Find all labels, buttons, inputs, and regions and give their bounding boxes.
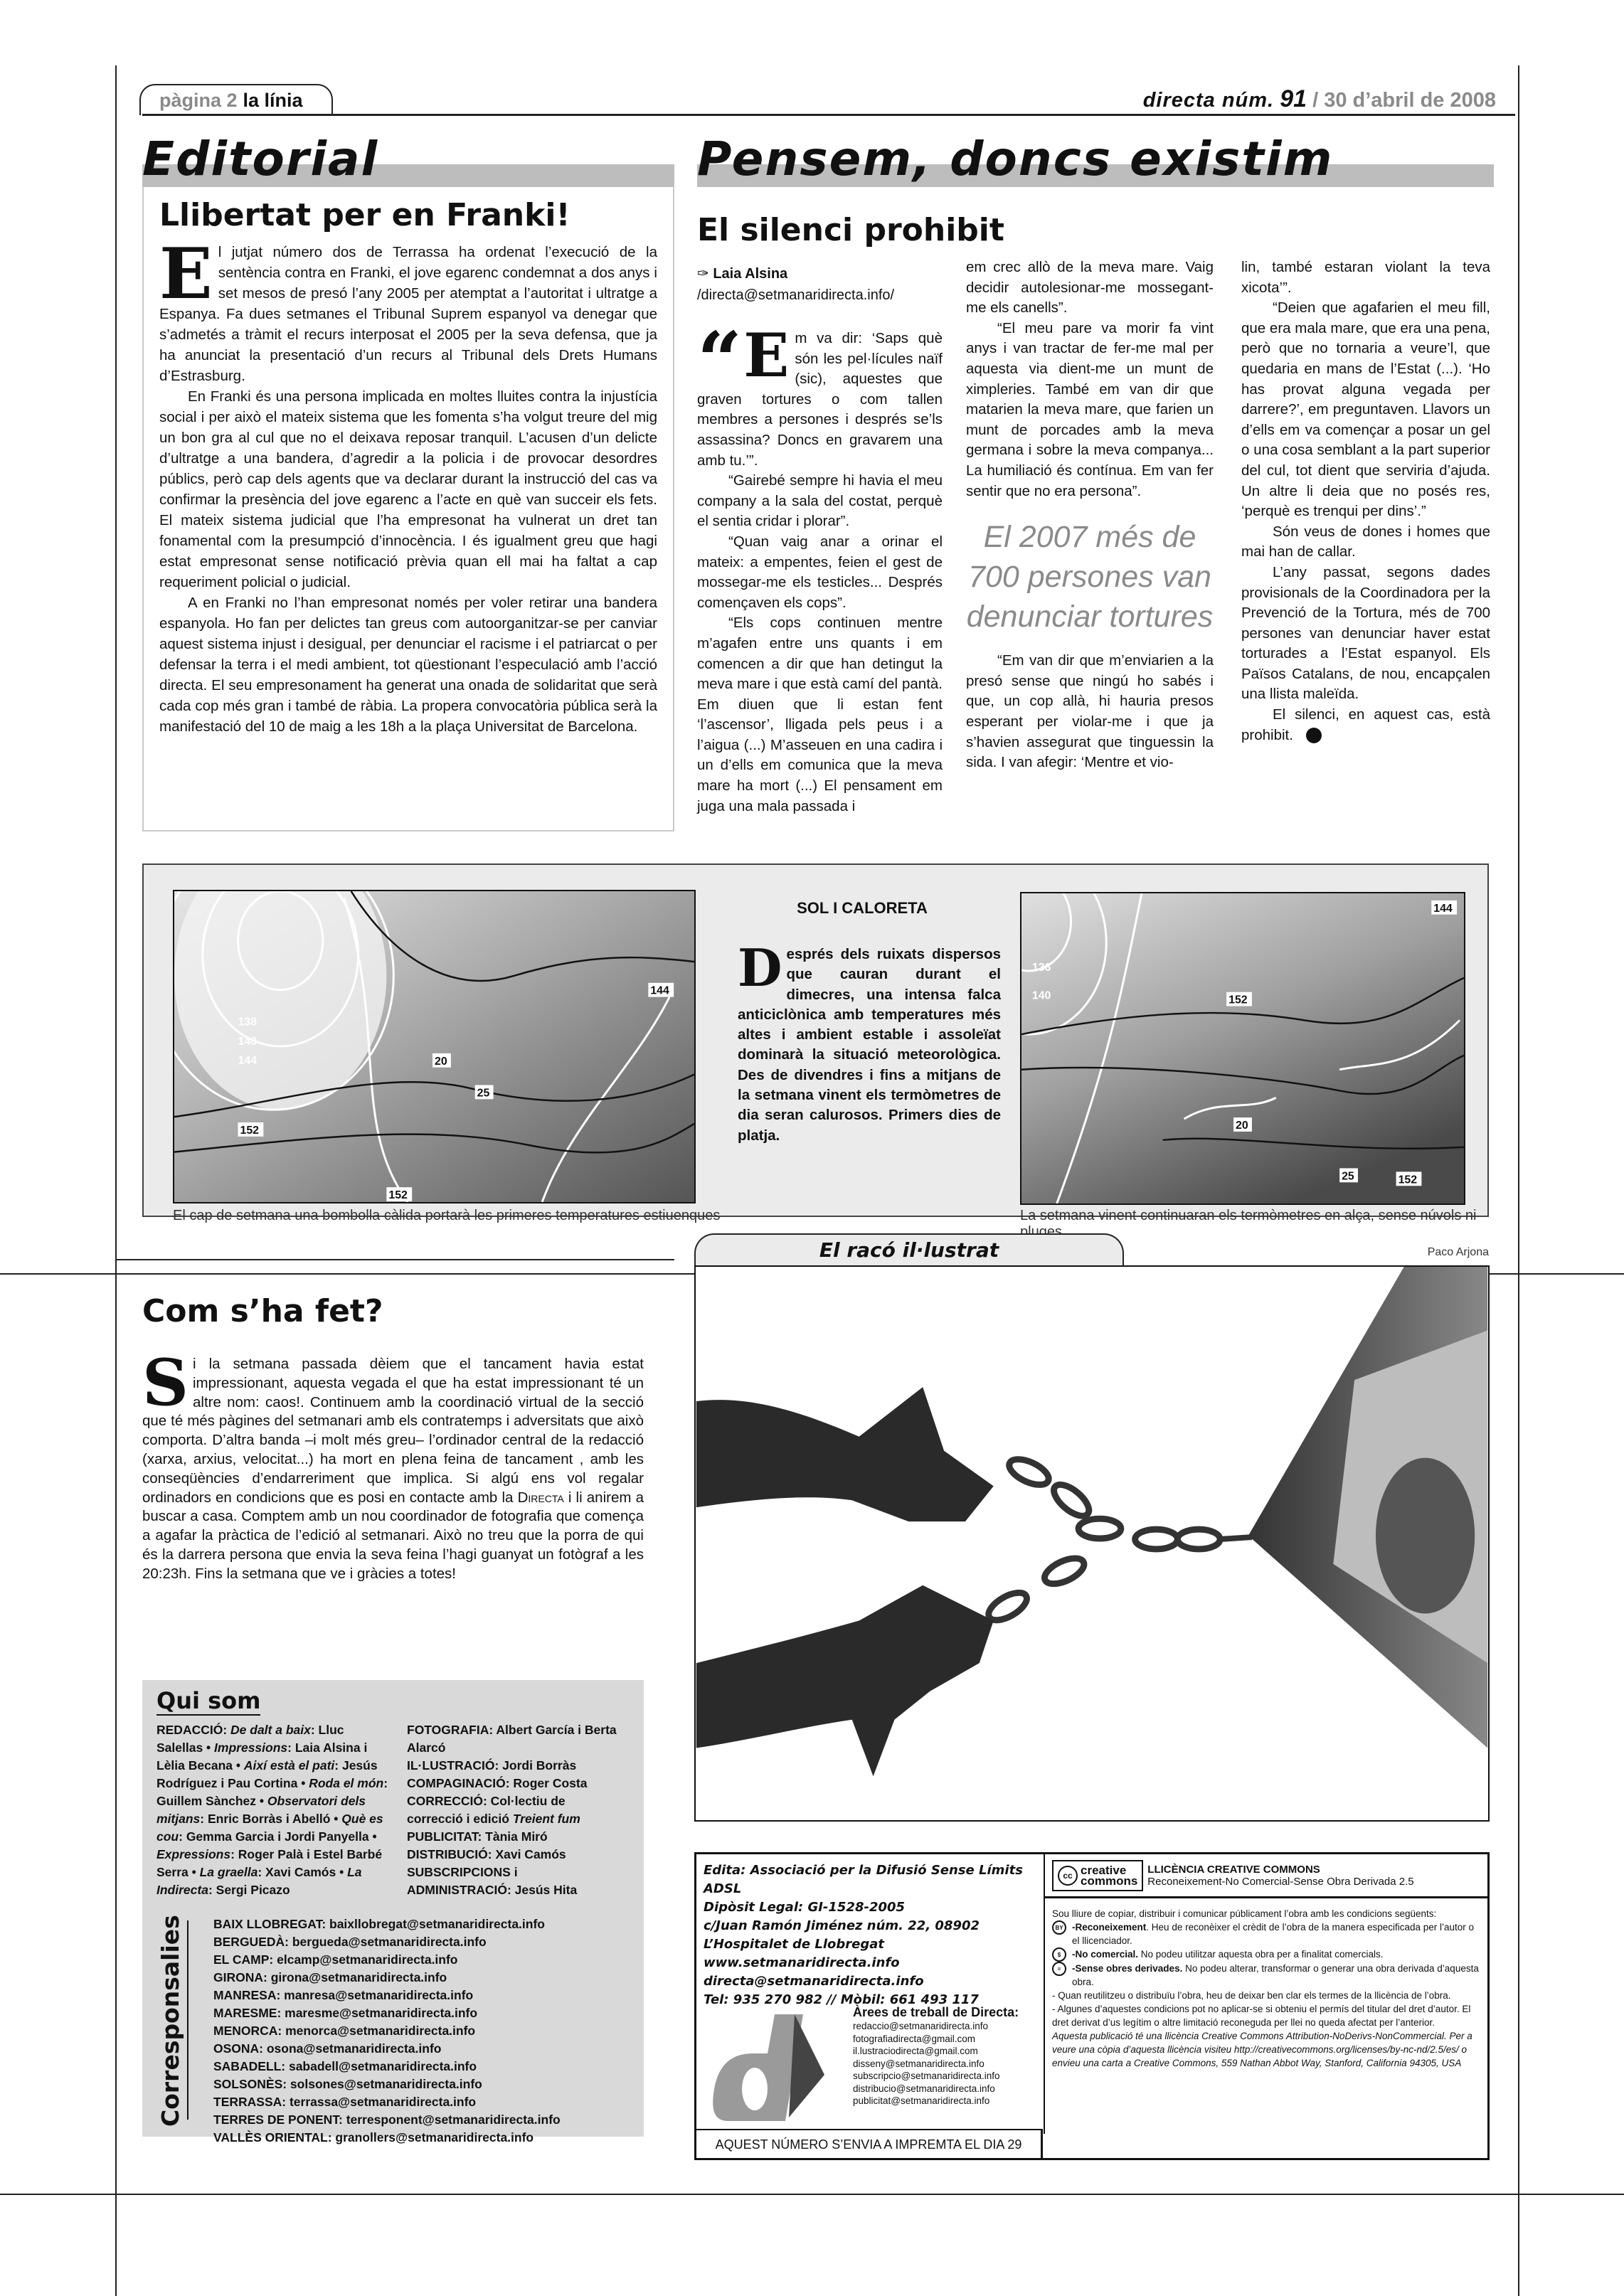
pensem-headline: El silenci prohibit xyxy=(697,212,1004,248)
svg-text:152: 152 xyxy=(1399,1174,1418,1186)
area-email[interactable]: disseny@setmanaridirecta.info xyxy=(853,2058,1019,2071)
editorial-section-title: Editorial xyxy=(142,132,378,186)
weather-forecast-text: Després dels ruixats dispersos que caura… xyxy=(738,945,1001,1146)
cc-icon: cc xyxy=(1058,1866,1078,1886)
directa-logo-icon xyxy=(711,2011,824,2125)
pensem-paragraph: “Gairebé sempre hi havia el meu company … xyxy=(697,471,943,532)
pen-icon: ✑ xyxy=(697,266,713,282)
svg-text:140: 140 xyxy=(238,1036,258,1048)
corresponsalia-item[interactable]: EL CAMP: elcamp@setmanaridirecta.info xyxy=(213,1951,561,1969)
brand-smallcaps: Directa xyxy=(518,1489,564,1506)
staff-item: IL·LUSTRACIÓ: Jordi Borràs xyxy=(407,1757,620,1775)
corresponsalia-item[interactable]: BAIX LLOBREGAT: baixllobregat@setmanarid… xyxy=(213,1915,561,1933)
pull-quote: El 2007 més de 700 persones van denuncia… xyxy=(966,517,1214,637)
svg-text:25: 25 xyxy=(1342,1170,1354,1182)
svg-text:152: 152 xyxy=(388,1189,408,1201)
illustration-section-tab: El racó il·lustrat xyxy=(694,1233,1124,1266)
publisher-line: Edita: Associació per la Difusió Sense L… xyxy=(704,1861,1036,1898)
svg-text:138: 138 xyxy=(238,1016,258,1028)
drop-cap: E xyxy=(743,331,789,380)
pensem-paragraph: “Els cops continuen mentre m’agafen entr… xyxy=(697,613,943,817)
svg-text:144: 144 xyxy=(238,1055,258,1067)
publisher-info: Edita: Associació per la Difusió Sense L… xyxy=(696,1854,1045,2134)
frame-line-left xyxy=(115,65,117,2296)
credits: REDACCIÓ: De dalt a baix: Lluc Salellas … xyxy=(156,1721,630,1899)
print-date-note: AQUEST NÚMERO S’ENVIA A IMPREMTA EL DIA … xyxy=(694,2129,1043,2160)
staff-item: FOTOGRAFIA: Albert García i Berta Alarcó xyxy=(407,1721,620,1757)
drop-cap: S xyxy=(142,1356,189,1409)
area-email[interactable]: publicitat@setmanaridirecta.info xyxy=(853,2095,1019,2108)
author-email[interactable]: /directa@setmanaridirecta.info/ xyxy=(697,285,953,306)
corresponsalies-rule xyxy=(187,1920,189,2120)
pensem-paragraph: em crec allò de la meva mare. Vaig decid… xyxy=(966,257,1214,319)
corresponsalia-item[interactable]: MENORCA: menorca@setmanaridirecta.info xyxy=(213,2022,561,2040)
area-email[interactable]: subscripcio@setmanaridirecta.info xyxy=(853,2070,1019,2083)
svg-text:144: 144 xyxy=(650,985,669,997)
issue-info: directa núm. 91 / 30 d’abril de 2008 xyxy=(1143,85,1496,113)
svg-text:136: 136 xyxy=(1032,962,1051,974)
license-intro: Sou lliure de copiar, distribuir i comun… xyxy=(1052,1907,1480,1920)
license-title: LLICÈNCIA CREATIVE COMMONS xyxy=(1147,1864,1413,1876)
work-areas-title: Àrees de treball de Directa: xyxy=(853,2005,1019,2020)
header-rule xyxy=(142,114,1515,116)
staff-item: SUBSCRIPCIONS i ADMINISTRACIÓ: Jesús Hit… xyxy=(407,1864,620,1899)
corresponsalia-item[interactable]: MANRESA: manresa@setmanaridirecta.info xyxy=(213,1987,561,2004)
editorial-headline: Llibertat per en Franki! xyxy=(159,197,657,233)
pensem-section-title: Pensem, doncs existim xyxy=(697,132,1333,186)
handcuffed-hands-flag-illustration xyxy=(696,1267,1488,1820)
page-number: pàgina 2 xyxy=(159,90,238,112)
svg-text:152: 152 xyxy=(1228,994,1248,1006)
pensem-paragraph: lin, també estaran violant la teva xicot… xyxy=(1241,257,1490,298)
license-note: - Quan reutilitzeu o distribuïu l’obra, … xyxy=(1052,1989,1480,2002)
qui-som-title: Qui som xyxy=(156,1687,260,1716)
legal-deposit: Dipòsit Legal: GI-1528-2005 xyxy=(704,1898,1036,1917)
brand-name: directa núm. xyxy=(1143,89,1274,112)
drop-cap: D xyxy=(738,947,782,989)
frame-line-right xyxy=(1518,65,1519,2296)
corresponsalia-item[interactable]: MARESME: maresme@setmanaridirecta.info xyxy=(213,2004,561,2022)
colophon-bottom-border xyxy=(1043,2129,1490,2160)
editorial-paragraph: A en Franki no l’han empresonat només pe… xyxy=(159,592,657,737)
drop-cap: E xyxy=(159,246,213,303)
license-body: Sou lliure de copiar, distribuir i comun… xyxy=(1045,1898,1487,2078)
license-condition: $-No comercial. No podeu utilitzar aques… xyxy=(1052,1947,1480,1962)
illustration-author: Paco Arjona xyxy=(1428,1246,1489,1259)
staff-item: COMPAGINACIÓ: Roger Costa xyxy=(407,1775,620,1792)
pensem-column-1: “Em va dir: ‘Saps què són les pel·lícule… xyxy=(697,329,943,817)
svg-text:144: 144 xyxy=(1433,903,1453,915)
section-name: la línia xyxy=(243,90,303,112)
issue-date: / 30 d’abril de 2008 xyxy=(1312,89,1496,112)
corresponsalia-item[interactable]: VALLÈS ORIENTAL: granollers@setmanaridir… xyxy=(213,2129,561,2147)
issue-number: 91 xyxy=(1280,85,1307,112)
corresponsalia-item[interactable]: SABADELL: sabadell@setmanaridirecta.info xyxy=(213,2058,561,2076)
website-link[interactable]: www.setmanaridirecta.info xyxy=(704,1954,1036,1972)
quote-mark-icon: “ xyxy=(697,334,742,387)
weather-caption-weekend: El cap de setmana una bombolla càlida po… xyxy=(173,1208,720,1224)
weather-title: SOL I CALORETA xyxy=(731,899,994,918)
pensem-column-3: lin, també estaran violant la teva xicot… xyxy=(1241,257,1490,745)
area-email[interactable]: distribucio@setmanaridirecta.info xyxy=(853,2083,1019,2095)
area-email[interactable]: redaccio@setmanaridirecta.info xyxy=(853,2020,1019,2033)
pensem-paragraph: L’any passat, segons dades provisionals … xyxy=(1241,563,1490,705)
svg-text:152: 152 xyxy=(240,1125,259,1137)
area-email[interactable]: il.lustraciodirecta@gmail.com xyxy=(853,2045,1019,2058)
staff-item: DISTRIBUCIÓ: Xavi Camós xyxy=(407,1846,620,1864)
area-email[interactable]: fotografiadirecta@gmail.com xyxy=(853,2033,1019,2046)
license-condition: =-Sense obres derivades. No podeu altera… xyxy=(1052,1962,1480,1989)
address-line: c/Juan Ramón Jiménez núm. 22, 08902 xyxy=(704,1917,1036,1935)
svg-text:20: 20 xyxy=(435,1056,447,1068)
author-name: Laia Alsina xyxy=(713,266,787,282)
attribution-icon: BY xyxy=(1052,1920,1066,1935)
pensem-paragraph: “Quan vaig anar a orinar el mateix: a em… xyxy=(697,532,943,613)
credits-staff: FOTOGRAFIA: Albert García i Berta Alarcó… xyxy=(407,1721,620,1899)
pensem-paragraph: “Em va dir: ‘Saps què són les pel·lícule… xyxy=(697,329,943,471)
editorial-paragraph: El jutjat número dos de Terrassa ha orde… xyxy=(159,242,657,386)
license-condition: BY-Reconeixement. Heu de reconèixer el c… xyxy=(1052,1920,1480,1947)
svg-text:140: 140 xyxy=(1032,990,1051,1002)
corresponsalia-item[interactable]: BERGUEDÀ: bergueda@setmanaridirecta.info xyxy=(213,1933,561,1951)
editorial-paragraph: En Franki és una persona implicada en mo… xyxy=(159,386,657,592)
corresponsalia-item[interactable]: TERRES DE PONENT: terresponent@setmanari… xyxy=(213,2111,561,2129)
colophon: Edita: Associació per la Difusió Sense L… xyxy=(694,1852,1490,2134)
byline: ✑ Laia Alsina /directa@setmanaridirecta.… xyxy=(697,263,953,306)
weather-panel: 20 25 152 144 152 138140144 El cap de se… xyxy=(142,863,1489,1217)
corresponsalia-item[interactable]: TERRASSA: terrassa@setmanaridirecta.info xyxy=(213,2093,561,2111)
staff-item: PUBLICITAT: Tània Miró xyxy=(407,1828,620,1846)
pensem-paragraph: “Em van dir que m’enviarien a la presó s… xyxy=(966,651,1214,773)
license-header: cc creativecommons LLICÈNCIA CREATIVE CO… xyxy=(1045,1854,1487,1898)
staff-item: CORRECCIÓ: Col·lectiu de correcció i edi… xyxy=(407,1792,620,1828)
comfet-body: Si la setmana passada dèiem que el tanca… xyxy=(142,1355,644,1584)
end-of-article-icon: d xyxy=(1306,728,1322,743)
license-italic-note: Aquesta publicació té una llicència Crea… xyxy=(1052,2029,1480,2070)
page-folio-tab: pàgina 2 la línia xyxy=(139,84,333,115)
corresponsalia-item[interactable]: OSONA: osona@setmanaridirecta.info xyxy=(213,2040,561,2058)
corresponsalies-list: BAIX LLOBREGAT: baixllobregat@setmanarid… xyxy=(213,1915,561,2147)
email-link[interactable]: directa@setmanaridirecta.info xyxy=(704,1972,1036,1991)
work-areas: Àrees de treball de Directa: redaccio@se… xyxy=(853,2005,1019,2108)
weather-map-image: 20 25 152 144 152 136140 xyxy=(1021,893,1464,1203)
corresponsalia-item[interactable]: GIRONA: girona@setmanaridirecta.info xyxy=(213,1969,561,1987)
creative-commons-logo: cc creativecommons xyxy=(1052,1860,1143,1891)
credits-redaccio: REDACCIÓ: De dalt a baix: Lluc Salellas … xyxy=(156,1721,391,1899)
editorial-article: Llibertat per en Franki! El jutjat númer… xyxy=(142,187,674,831)
editorial-body: El jutjat número dos de Terrassa ha orde… xyxy=(159,242,657,737)
pensem-paragraph: Són veus de dones i homes que mai han de… xyxy=(1241,522,1490,563)
section-divider xyxy=(115,1259,674,1260)
license-note: - Algunes d’aquestes condicions pot no a… xyxy=(1052,2002,1480,2029)
svg-text:20: 20 xyxy=(1236,1120,1248,1132)
illustration-frame xyxy=(694,1265,1490,1822)
comfet-title: Com s’ha fet? xyxy=(142,1293,383,1329)
weather-map-next-week: 20 25 152 144 152 136140 xyxy=(1020,892,1465,1205)
frame-line-bottom xyxy=(0,2194,1624,2195)
license-box: cc creativecommons LLICÈNCIA CREATIVE CO… xyxy=(1045,1854,1487,2134)
weather-map-image: 20 25 152 144 152 138140144 xyxy=(174,891,694,1202)
noderivs-icon: = xyxy=(1052,1962,1066,1976)
pensem-column-2: em crec allò de la meva mare. Vaig decid… xyxy=(966,257,1214,773)
corresponsalia-item[interactable]: SOLSONÈS: solsones@setmanaridirecta.info xyxy=(213,2076,561,2093)
pensem-paragraph: El silenci, en aquest cas, està prohibit… xyxy=(1241,705,1490,745)
license-subtitle: Reconeixement-No Comercial-Sense Obra De… xyxy=(1147,1876,1413,1888)
address-city: L’Hospitalet de Llobregat xyxy=(704,1935,1036,1954)
weather-map-weekend: 20 25 152 144 152 138140144 xyxy=(173,890,696,1203)
pensem-paragraph: “Deien que agafarien el meu fill, que er… xyxy=(1241,298,1490,522)
pensem-paragraph: “El meu pare va morir fa vint anys i van… xyxy=(966,319,1214,501)
noncommercial-icon: $ xyxy=(1052,1947,1066,1962)
svg-text:25: 25 xyxy=(477,1087,490,1099)
